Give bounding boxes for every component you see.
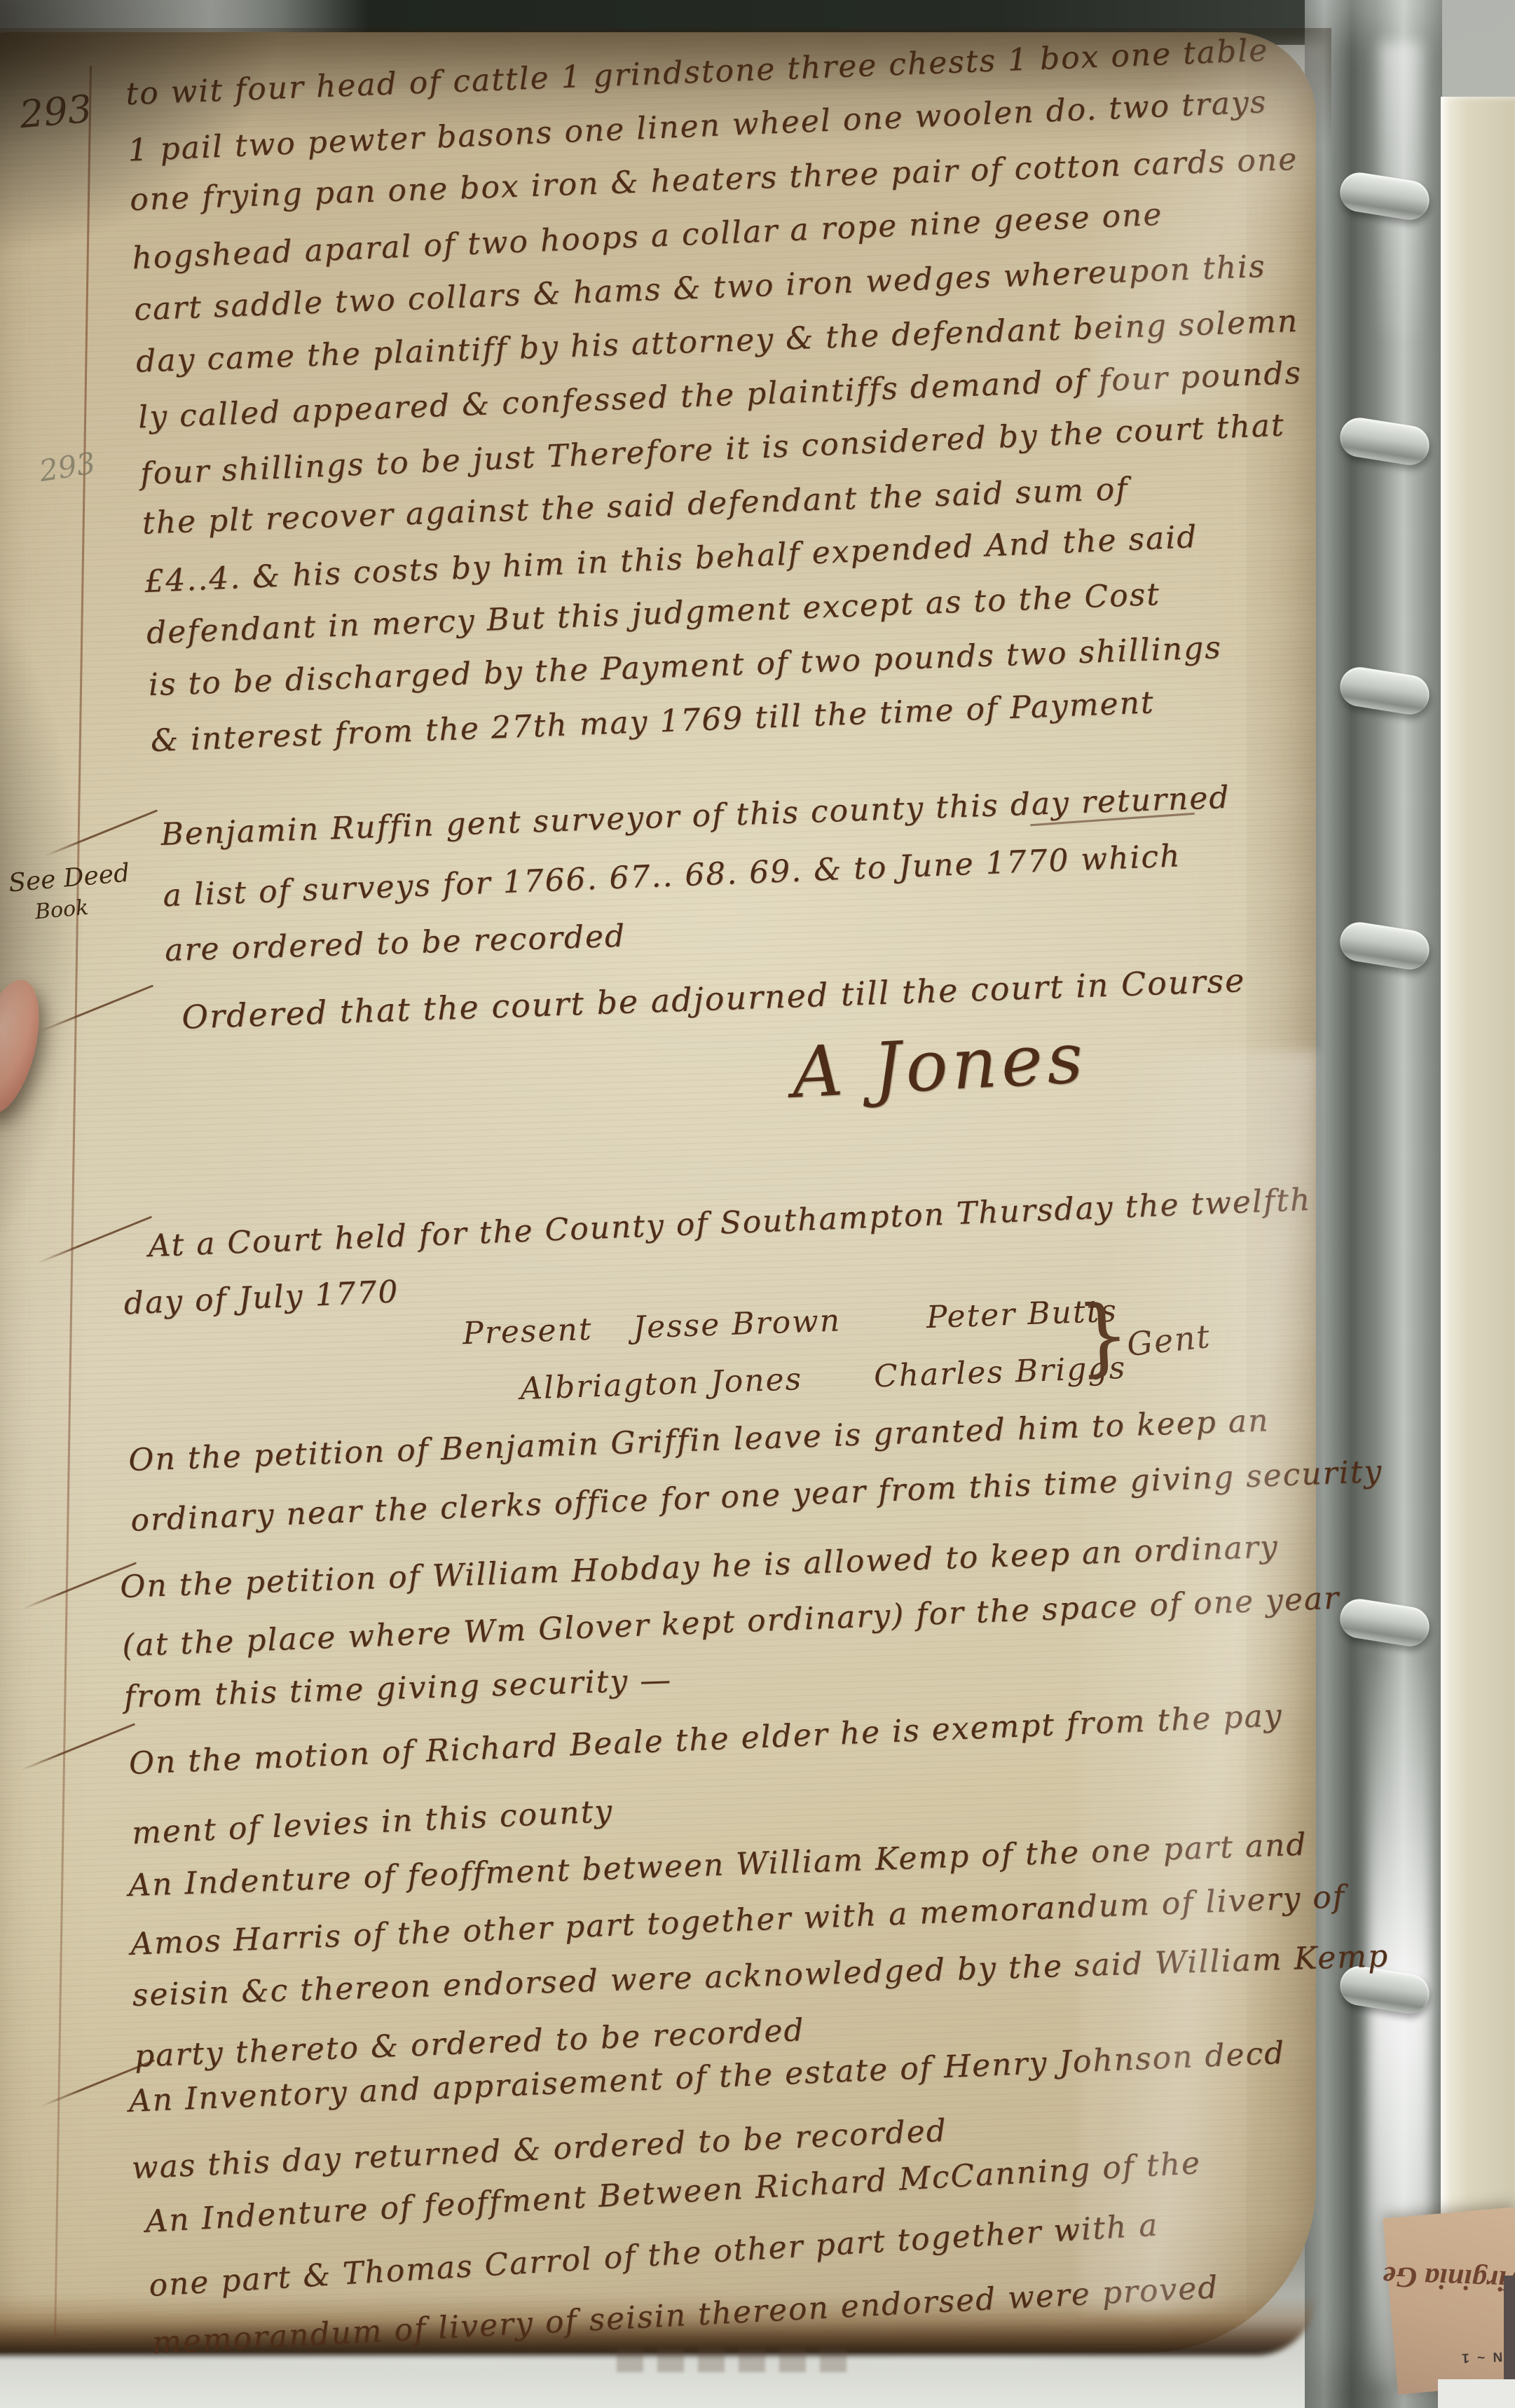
facing-card: Virginia Ge ILN ~ 1 <box>1383 2207 1515 2394</box>
facing-page-edge <box>1441 97 1515 2408</box>
judgment-entry: to wit four head of cattle 1 grindstone … <box>125 22 1319 768</box>
page-number-ink: 293 <box>18 87 93 137</box>
surveyor-entry: Benjamin Ruffin gent surveyor of this co… <box>160 769 1235 982</box>
justice-name: Jesse Brown <box>633 1302 842 1345</box>
facing-card-title: Virginia Ge <box>1379 2259 1515 2298</box>
clerk-signature: A Jones <box>790 1017 1089 1114</box>
present-label: Present <box>462 1312 593 1351</box>
margin-note-see-deed-book: See Deed Book <box>7 858 133 930</box>
facing-card-small-print: ILN ~ 1 <box>1399 2348 1515 2367</box>
corner-white-surface <box>1438 2379 1515 2408</box>
gent-brace: } <box>1074 1286 1132 1387</box>
